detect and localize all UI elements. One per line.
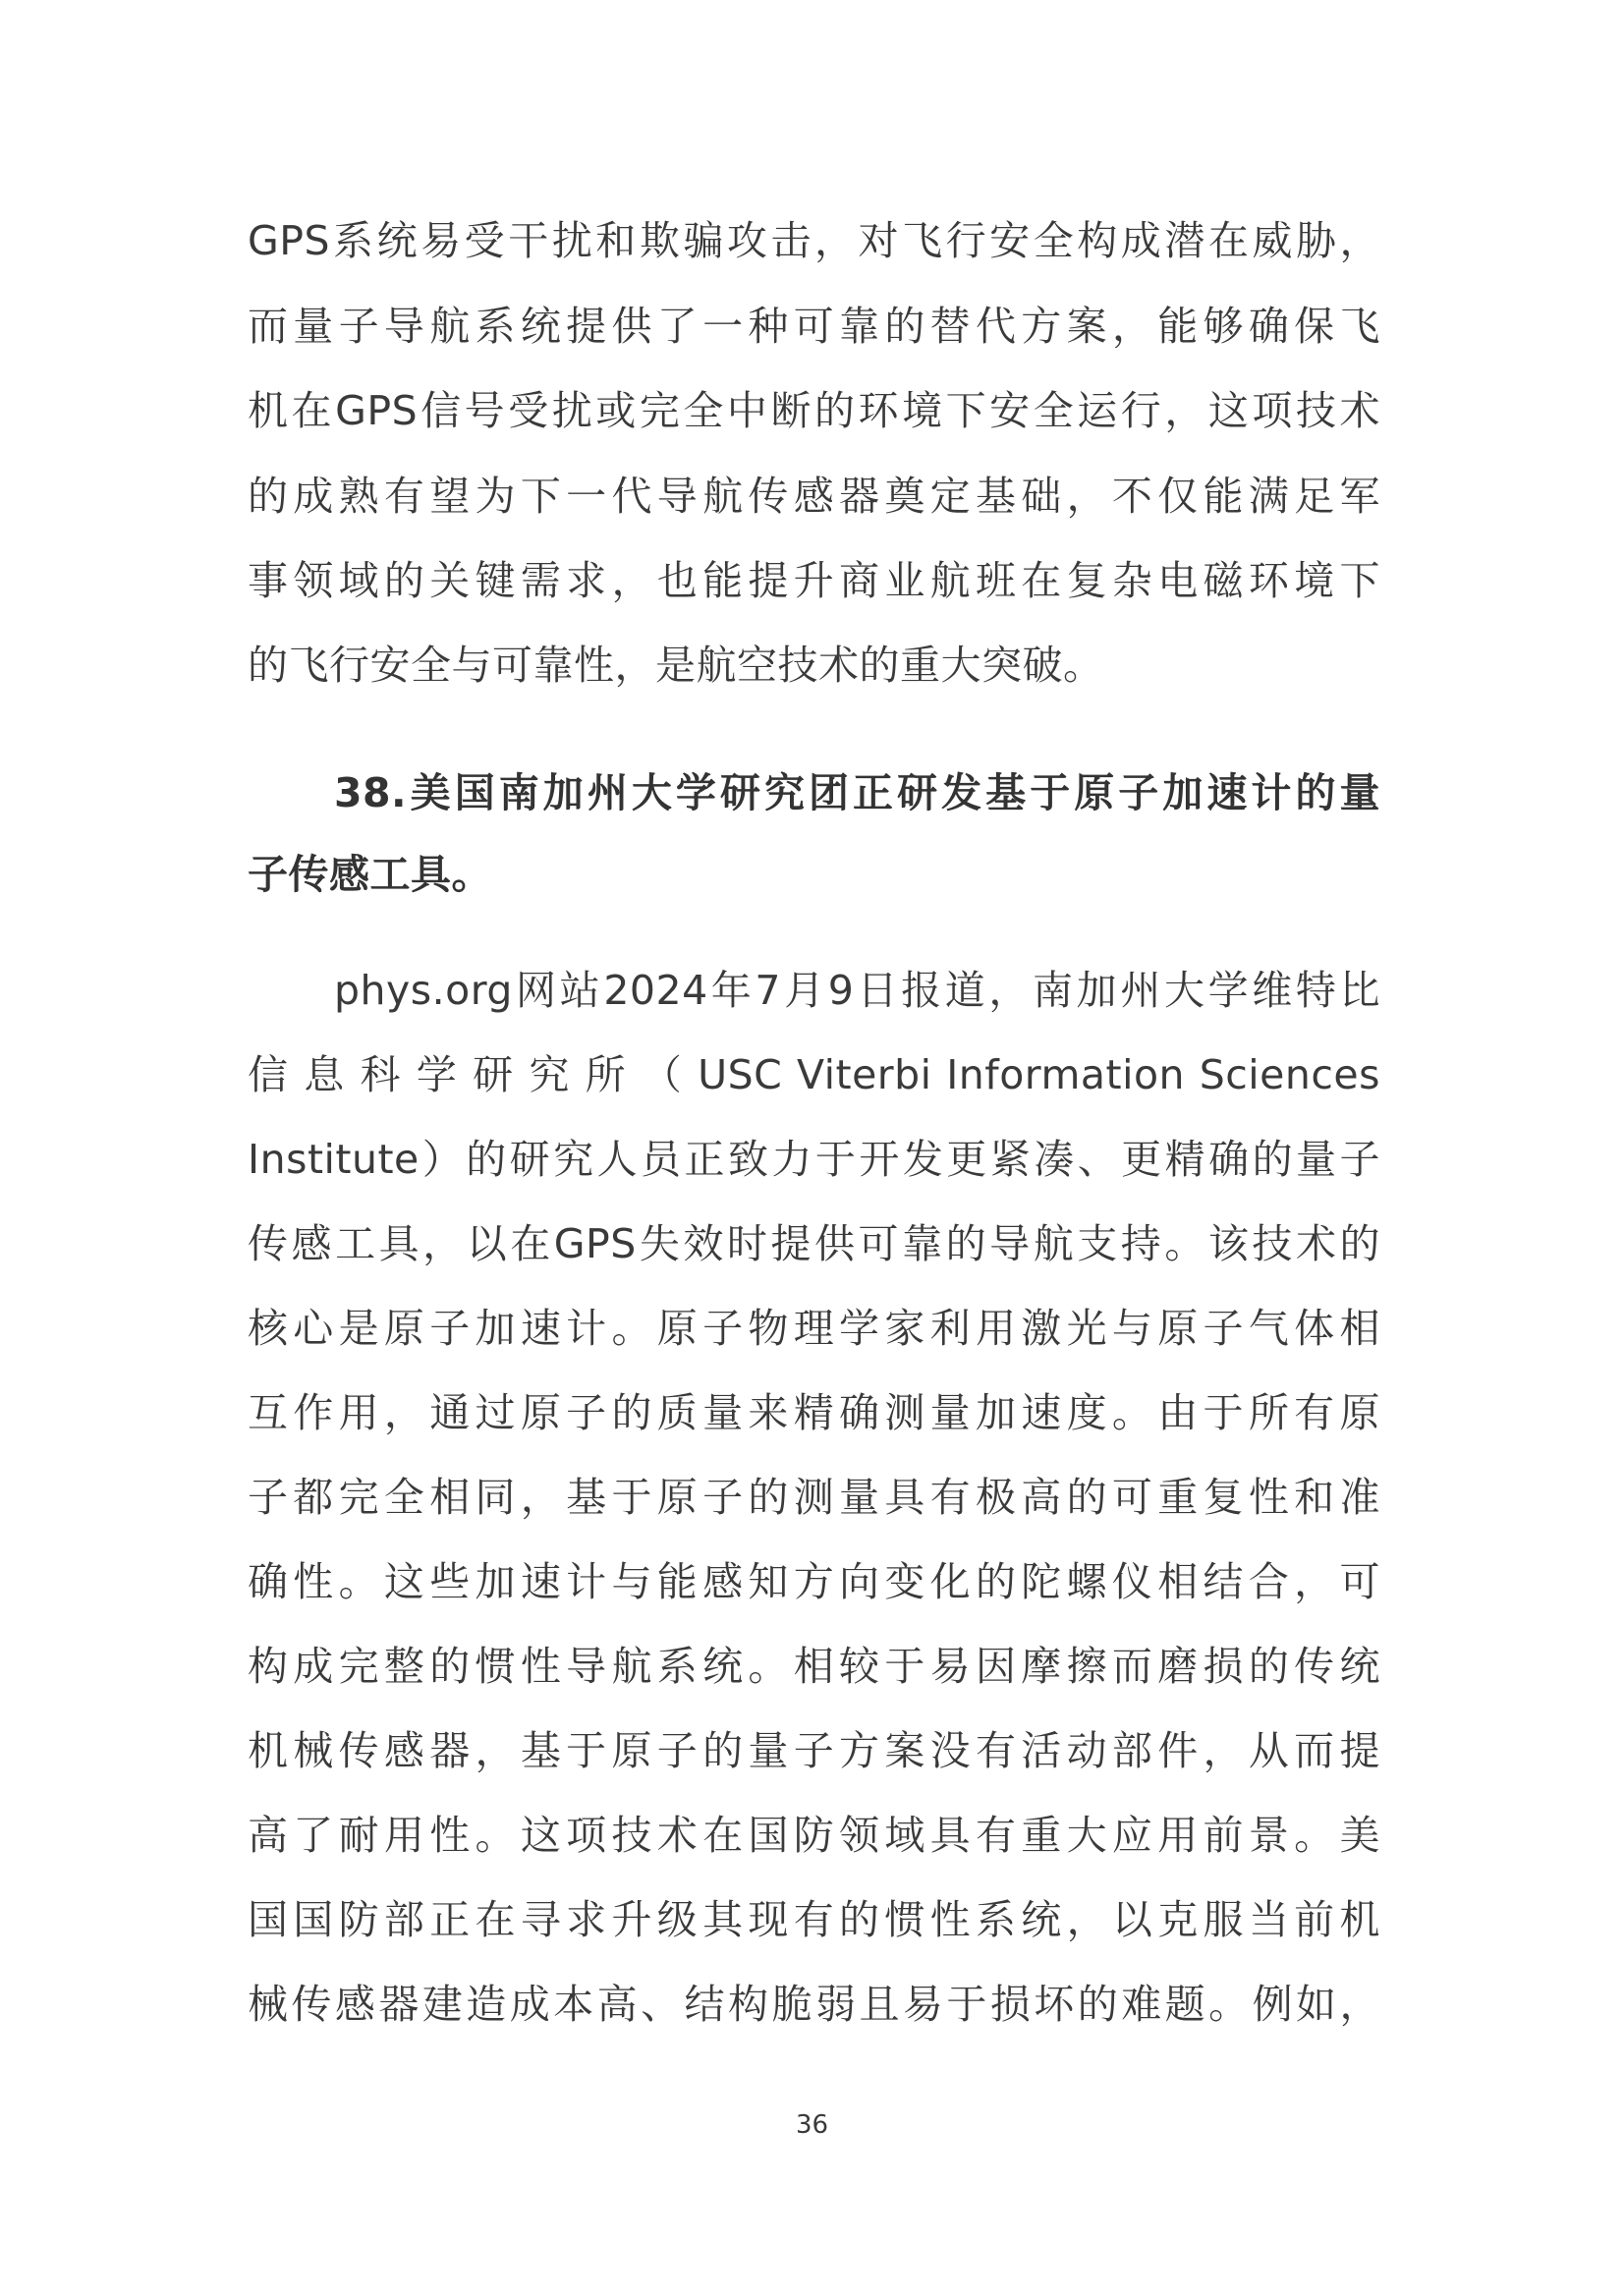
paragraph-line: GPS系统易受干扰和欺骗攻击，对飞行安全构成潜在威胁， (248, 198, 1380, 283)
paragraph-line: 机在GPS信号受扰或完全中断的环境下安全运行，这项技术 (248, 368, 1380, 453)
paragraph-line: 构成完整的惯性导航系统。相较于易因摩擦而磨损的传统 (248, 1624, 1380, 1708)
paragraph-line: 械传感器建造成本高、结构脆弱且易于损坏的难题。例如， (248, 1962, 1380, 2046)
paragraph-line: 的成熟有望为下一代导航传感器奠定基础，不仅能满足军 (248, 454, 1380, 538)
document-page: GPS系统易受干扰和欺骗攻击，对飞行安全构成潜在威胁， 而量子导航系统提供了一种… (0, 0, 1624, 2296)
heading-line: 子传感工具。 (248, 832, 492, 917)
paragraph-line: 国国防部正在寻求升级其现有的惯性系统，以克服当前机 (248, 1877, 1380, 1962)
paragraph-line: 机械传感器，基于原子的量子方案没有活动部件，从而提 (248, 1708, 1380, 1793)
heading-line: 38.美国南加州大学研究团正研发基于原子加速计的量 (334, 751, 1380, 835)
paragraph-line: 的飞行安全与可靠性，是航空技术的重大突破。 (248, 623, 1104, 707)
paragraph-line: phys.org网站2024年7月9日报道，南加州大学维特比 (334, 948, 1380, 1033)
paragraph-line: 而量子导航系统提供了一种可靠的替代方案，能够确保飞 (248, 284, 1380, 368)
paragraph-line: 确性。这些加速计与能感知方向变化的陀螺仪相结合，可 (248, 1540, 1380, 1624)
page-number: 36 (0, 2105, 1624, 2145)
paragraph-line: 高了耐用性。这项技术在国防领域具有重大应用前景。美 (248, 1793, 1380, 1877)
paragraph-line: 信 息 科 学 研 究 所 （ USC Viterbi Information … (248, 1033, 1380, 1117)
paragraph-line: 子都完全相同，基于原子的测量具有极高的可重复性和准 (248, 1455, 1380, 1540)
paragraph-line: 事领域的关键需求，也能提升商业航班在复杂电磁环境下 (248, 538, 1380, 623)
paragraph-line: Institute）的研究人员正致力于开发更紧凑、更精确的量子 (248, 1117, 1380, 1202)
paragraph-line: 传感工具，以在GPS失效时提供可靠的导航支持。该技术的 (248, 1202, 1380, 1286)
paragraph-line: 互作用，通过原子的质量来精确测量加速度。由于所有原 (248, 1371, 1380, 1455)
paragraph-line: 核心是原子加速计。原子物理学家利用激光与原子气体相 (248, 1286, 1380, 1371)
